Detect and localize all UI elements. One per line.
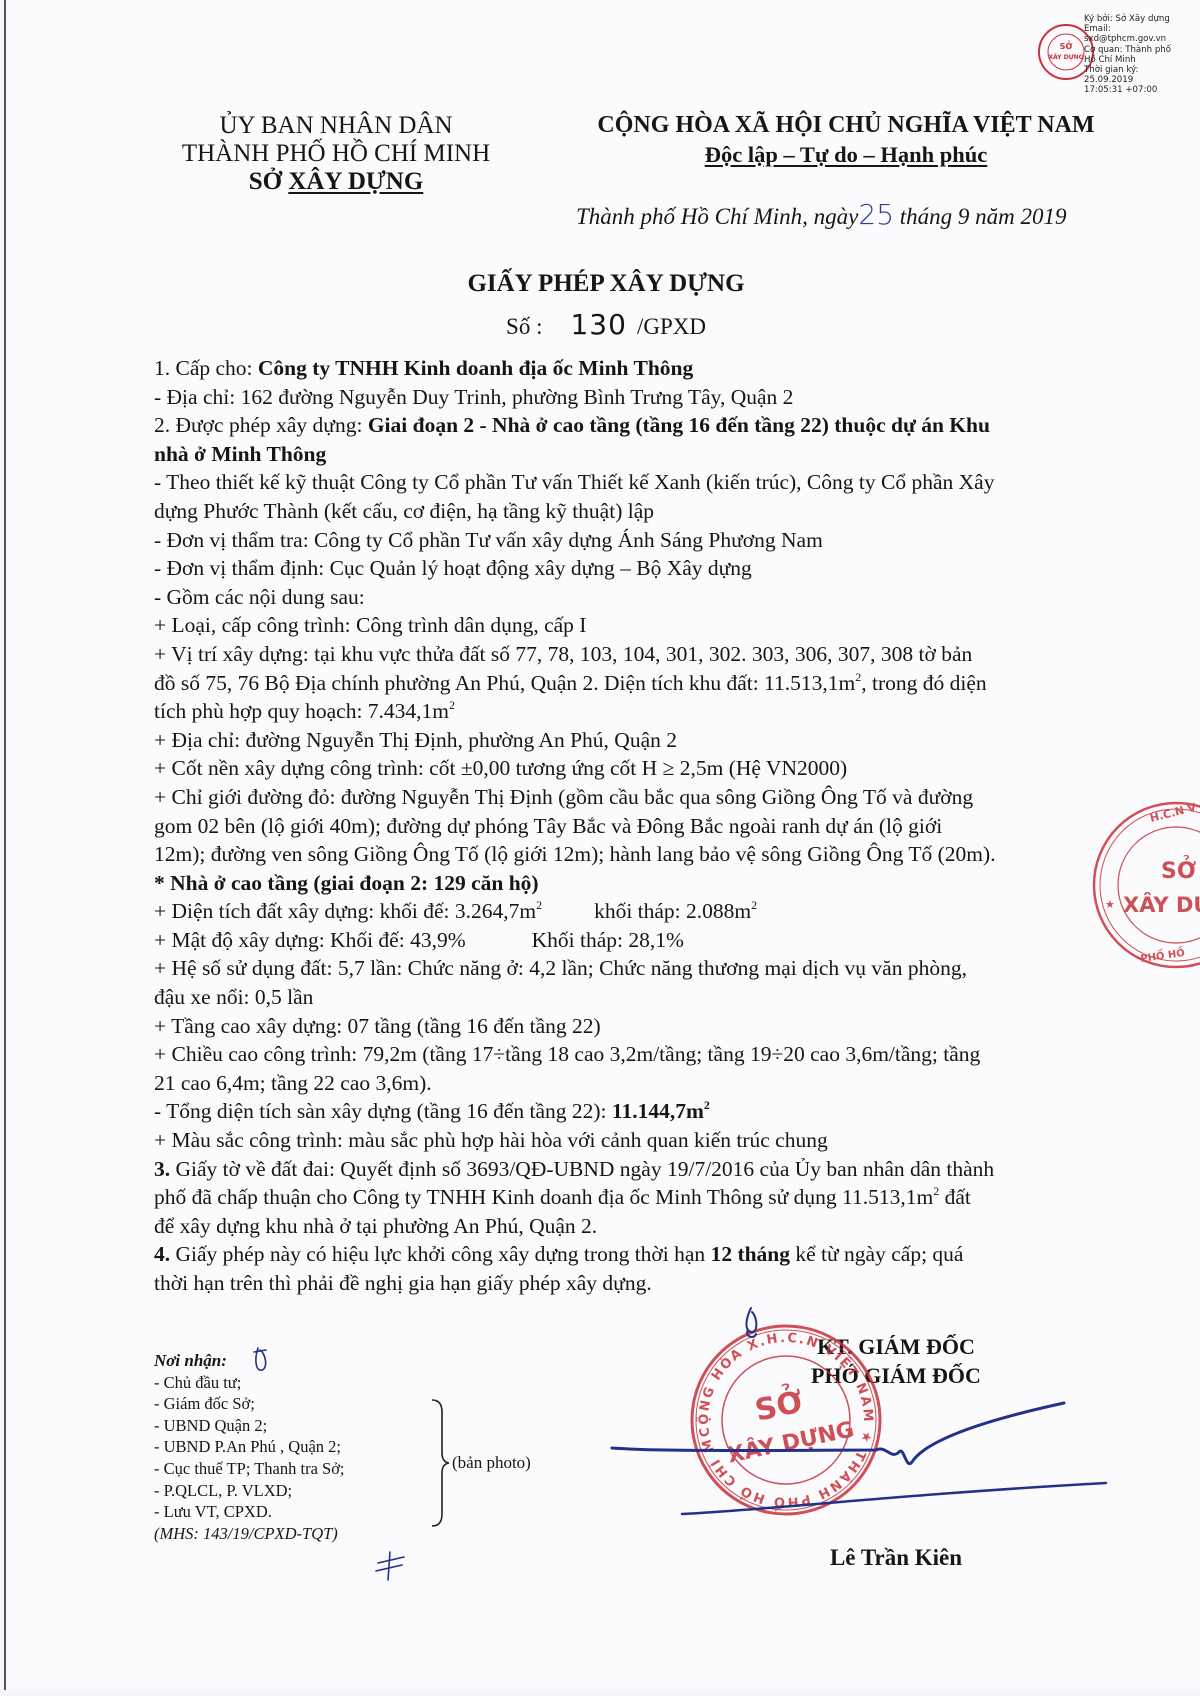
recipient-item: - UBND P.An Phú , Quận 2; xyxy=(154,1436,345,1458)
issuing-authority: ỦY BAN NHÂN DÂN THÀNH PHỐ HỒ CHÍ MINH SỞ… xyxy=(156,112,516,196)
verifier-line: - Đơn vị thẩm tra: Công ty Cổ phần Tư vấ… xyxy=(154,526,1139,555)
document-title: GIẤY PHÉP XÂY DỰNG xyxy=(6,270,1200,298)
building-class: + Loại, cấp công trình: Công trình dân d… xyxy=(154,611,1139,640)
validity: 4. Giấy phép này có hiệu lực khởi công x… xyxy=(154,1240,1139,1269)
svg-text:SỞ: SỞ xyxy=(1161,856,1196,884)
recipient-item: - Cục thuế TP; Thanh tra Sở; xyxy=(154,1458,345,1480)
total-floor-area: - Tổng diện tích sàn xây dựng (tầng 16 đ… xyxy=(154,1097,1139,1126)
recipient-item: - Chủ đầu tư; xyxy=(154,1372,345,1394)
site-address: + Địa chỉ: đường Nguyễn Thị Định, phường… xyxy=(154,726,1139,755)
design-line: - Theo thiết kế kỹ thuật Công ty Cổ phần… xyxy=(154,468,1139,497)
project-name: nhà ở Minh Thông xyxy=(154,440,1139,469)
authority-line-3: SỞ XÂY DỰNG xyxy=(156,168,516,196)
red-line-boundary-2: gom 02 bên (lộ giới 40m); đường dự phóng… xyxy=(154,812,1139,841)
recipient-item: - UBND Quận 2; xyxy=(154,1415,345,1437)
land-documents-3: để xây dựng khu nhà ở tại phường An Phú,… xyxy=(154,1212,1139,1241)
national-motto: Độc lập – Tự do – Hạnh phúc xyxy=(705,142,988,167)
authority-line-2: THÀNH PHỐ HỒ CHÍ MINH xyxy=(156,140,516,168)
building-color: + Màu sắc công trình: màu sắc phù hợp hà… xyxy=(154,1126,1139,1155)
permitted-construction: 2. Được phép xây dựng: Giai đoạn 2 - Nhà… xyxy=(154,411,1139,440)
svg-text:XÂY DỰNG: XÂY DỰNG xyxy=(1123,892,1200,917)
svg-text:XÂY DỰNG: XÂY DỰNG xyxy=(1048,54,1083,61)
permit-number: 130 xyxy=(570,308,626,341)
recipients-list: Nơi nhận: - Chủ đầu tư; - Giám đốc Sở; -… xyxy=(154,1350,345,1544)
planning-area: tích phù hợp quy hoạch: 7.434,1m2 xyxy=(154,697,1139,726)
building-density: + Mật độ xây dựng: Khối đế: 43,9%Khối th… xyxy=(154,926,1139,955)
grantee-address: - Địa chỉ: 162 đường Nguyễn Duy Trinh, p… xyxy=(154,383,1139,412)
page-seal-icon: H.C.N V SỞ XÂY DỰNG ★ PHỐ HỒ xyxy=(1061,800,1200,970)
red-line-boundary: + Chỉ giới đường đỏ: đường Nguyễn Thị Đị… xyxy=(154,783,1139,812)
copy-note: (bản photo) xyxy=(452,1453,531,1473)
appraiser-line: - Đơn vị thẩm định: Cục Quản lý hoạt độn… xyxy=(154,554,1139,583)
svg-text:SỞ: SỞ xyxy=(751,1380,806,1429)
agency-line-2: Hồ Chí Minh xyxy=(1084,55,1200,65)
agency-line: Cơ quan: Thành phố xyxy=(1084,45,1200,55)
national-header: CỘNG HÒA XÃ HỘI CHỦ NGHĨA VIỆT NAM Độc l… xyxy=(566,110,1126,170)
email-value: sxd@tphcm.gov.vn xyxy=(1084,34,1200,44)
location-line-2: đồ số 75, 76 Bộ Địa chính phường An Phú,… xyxy=(154,669,1139,698)
location-line: + Vị trí xây dựng: tại khu vực thửa đất … xyxy=(154,640,1139,669)
svg-text:XÂY DỰNG: XÂY DỰNG xyxy=(725,1416,856,1468)
handwritten-day: 25 xyxy=(858,198,894,231)
issue-date: Thành phố Hồ Chí Minh, ngày25 tháng 9 nă… xyxy=(576,198,1067,231)
signer-line: Ký bởi: Sở Xây dựng xyxy=(1084,14,1200,24)
email-label: Email: xyxy=(1084,24,1200,34)
land-area: + Diện tích đất xây dựng: khối đế: 3.264… xyxy=(154,897,1139,926)
svg-text:SỞ: SỞ xyxy=(1060,39,1073,51)
building-height-2: 21 cao 6,4m; tầng 22 cao 3,6m). xyxy=(154,1069,1139,1098)
svg-text:PHỐ HỒ: PHỐ HỒ xyxy=(1139,944,1185,965)
svg-text:★: ★ xyxy=(1105,898,1115,911)
land-use-coefficient: + Hệ số sử dụng đất: 5,7 lần: Chức năng … xyxy=(154,954,1139,983)
authority-line-1: ỦY BAN NHÂN DÂN xyxy=(156,112,516,140)
recipient-item: - Lưu VT, CPXD. xyxy=(154,1501,345,1523)
official-seal-icon: CỘNG HÒA X.H.C.N VIỆT NAM ★ THÀNH PHỐ HỒ… xyxy=(686,1320,886,1520)
highrise-heading: * Nhà ở cao tầng (giai đoạn 2: 129 căn h… xyxy=(154,869,1139,898)
ground-level: + Cốt nền xây dựng công trình: cốt ±0,00… xyxy=(154,754,1139,783)
granted-to: 1. Cấp cho: Công ty TNHH Kinh doanh địa … xyxy=(154,354,1139,383)
brace-icon xyxy=(430,1398,450,1528)
sign-time: 17:05:31 +07:00 xyxy=(1084,85,1200,95)
sign-time-label: Thời gian ký: xyxy=(1084,65,1200,75)
signatory-name: Lê Trần Kiên xyxy=(766,1545,1026,1571)
number-of-floors: + Tầng cao xây dựng: 07 tầng (tầng 16 đế… xyxy=(154,1012,1139,1041)
land-documents: 3. Giấy tờ về đất đai: Quyết định số 369… xyxy=(154,1155,1139,1184)
document-page: SỞ XÂY DỰNG Ký bởi: Sở Xây dựng Email: s… xyxy=(4,0,1200,1690)
nation-name: CỘNG HÒA XÃ HỘI CHỦ NGHĨA VIỆT NAM xyxy=(566,110,1126,140)
recipient-item: - Giám đốc Sở; xyxy=(154,1393,345,1415)
validity-2: thời hạn trên thì phải đề nghị gia hạn g… xyxy=(154,1269,1139,1298)
sign-date: 25.09.2019 xyxy=(1084,75,1200,85)
land-use-coefficient-2: đậu xe nổi: 0,5 lần xyxy=(154,983,1139,1012)
red-line-boundary-3: 12m); đường ven sông Giồng Ông Tố (lộ gi… xyxy=(154,840,1139,869)
building-height: + Chiều cao công trình: 79,2m (tầng 17÷t… xyxy=(154,1040,1139,1069)
contents-intro: - Gồm các nội dung sau: xyxy=(154,583,1139,612)
recipients-heading: Nơi nhận: xyxy=(154,1350,345,1372)
land-documents-2: phố đã chấp thuận cho Công ty TNHH Kinh … xyxy=(154,1183,1139,1212)
design-line-2: dựng Phước Thành (kết cấu, cơ điện, hạ t… xyxy=(154,497,1139,526)
recipient-item: - P.QLCL, P. VLXD; xyxy=(154,1480,345,1502)
document-number: Số :130/GPXD xyxy=(6,308,1200,341)
digital-signature-info: Ký bởi: Sở Xây dựng Email: sxd@tphcm.gov… xyxy=(1084,14,1200,96)
file-code: (MHS: 143/19/CPXD-TQT) xyxy=(154,1523,345,1545)
permit-body: 1. Cấp cho: Công ty TNHH Kinh doanh địa … xyxy=(154,354,1139,1298)
